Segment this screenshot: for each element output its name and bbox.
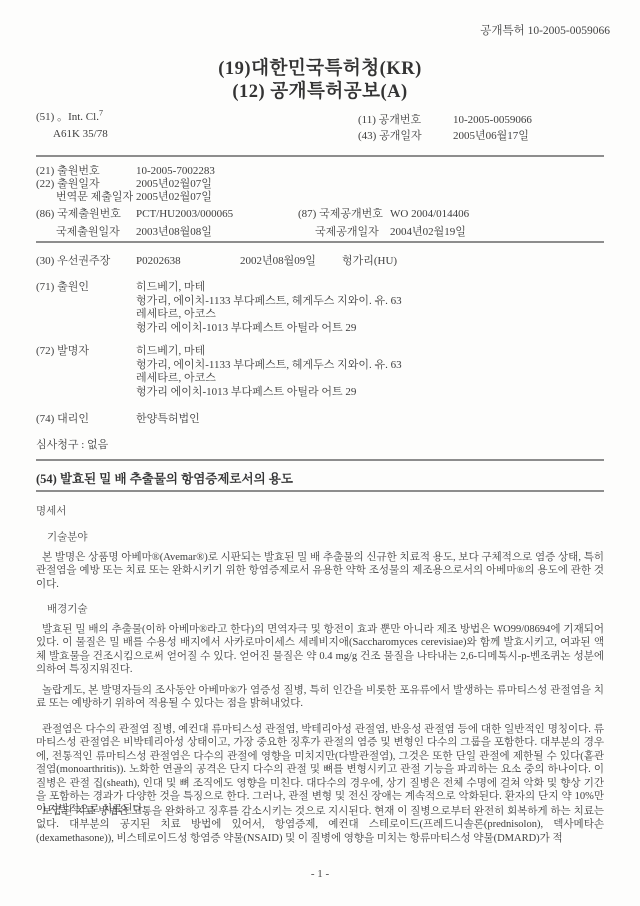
- patent-publication-page: 공개특허 10-2005-0059066 (19)대한민국특허청(KR) (12…: [0, 0, 640, 906]
- inventor-block: (72) 발명자 히드베기, 마테 헝가리, 에이치-1133 부다페스트, 헤…: [0, 345, 640, 401]
- field-11-label: (11) 공개번호: [358, 114, 421, 127]
- inventor-line: 히드베기, 마테: [136, 345, 402, 359]
- field-intl-app-date-label: 국제출원일자: [56, 226, 120, 239]
- priority-block: (30) 우선권주장 P0202638 2002년08월09일 헝가리(HU): [0, 255, 640, 269]
- field-22-value: 2005년02월07일: [136, 178, 212, 191]
- field-43-value: 2005년06월17일: [453, 130, 529, 143]
- field-71-label: (71) 출원인: [36, 281, 89, 294]
- inventor-address: 히드베기, 마테 헝가리, 에이치-1133 부다페스트, 헤게두스 지와이. …: [136, 345, 402, 399]
- field-intl-pub-date-label: 국제공개일자: [315, 226, 379, 239]
- doc-title: (19)대한민국특허청(KR) (12) 공개특허공보(A): [0, 58, 640, 104]
- paragraph-3: 놀랍게도, 본 발명자들의 조사동안 아베마®가 염증성 질병, 특히 인간을 …: [36, 684, 604, 711]
- field-72-label: (72) 발명자: [36, 345, 89, 358]
- field-87-value: WO 2004/014406: [390, 208, 469, 221]
- paragraph-1: 본 발명은 상품명 아베마®(Avemar®)로 시판되는 발효된 밀 배 추출…: [36, 551, 604, 591]
- field-74-label: (74) 대리인: [36, 413, 89, 426]
- paragraph-2: 발효된 밀 배의 추출물(이하 아베마®라고 한다)의 면역자극 및 항전이 효…: [36, 623, 604, 677]
- classification-block: (51) 。Int. Cl.7 A61K 35/78 (11) 공개번호 10-…: [0, 111, 640, 155]
- application-block: (21) 출원번호 10-2005-7002283 (22) 출원일자 2005…: [0, 165, 640, 241]
- divider-rule-4: [36, 490, 604, 492]
- paragraph-5: 보급된 치료 방법은 고통을 완화하고 징후를 감소시키는 것으로 지시된다. …: [36, 805, 604, 845]
- field-86-value: PCT/HU2003/000065: [136, 208, 233, 221]
- field-22-label: (22) 출원일자: [36, 178, 100, 191]
- field-11-value: 10-2005-0059066: [453, 114, 532, 127]
- field-43-label: (43) 공개일자: [358, 130, 422, 143]
- doc-title-line2: (12) 공개특허공보(A): [0, 81, 640, 104]
- field-51-label: (51) 。Int. Cl.7: [36, 111, 103, 124]
- spec-heading: 명세서: [36, 503, 66, 518]
- field-21-label: (21) 출원번호: [36, 165, 100, 178]
- inventor-line: 헝가리 에이치-1013 부다페스트 아틸라 어트 29: [136, 386, 402, 400]
- exam-request-note: 심사청구 : 없음: [36, 439, 108, 452]
- page-number: - 1 -: [0, 868, 640, 880]
- section-heading-background-art: 배경기술: [47, 601, 88, 616]
- field-translation-date-label: 번역문 제출일자: [56, 191, 133, 204]
- applicant-address: 히드베기, 마테 헝가리, 에이치-1133 부다페스트, 헤게두스 지와이. …: [136, 281, 402, 335]
- field-30-country: 헝가리(HU): [342, 255, 397, 268]
- field-intl-pub-date-value: 2004년02월19일: [390, 226, 466, 239]
- field-87-label: (87) 국제공개번호: [298, 208, 383, 221]
- inventor-line: 헝가리, 에이치-1133 부다페스트, 헤게두스 지와이. 유. 63: [136, 359, 402, 373]
- applicant-block: (71) 출원인 히드베기, 마테 헝가리, 에이치-1133 부다페스트, 헤…: [0, 281, 640, 337]
- field-30-label: (30) 우선권주장: [36, 255, 110, 268]
- invention-title: (54) 발효된 밀 배 추출물의 항염증제로서의 용도: [36, 469, 604, 487]
- doc-number-header: 공개특허 10-2005-0059066: [480, 22, 610, 38]
- applicant-line: 헝가리 에이치-1013 부다페스트 아틸라 어트 29: [136, 322, 402, 336]
- divider-rule-1: [36, 155, 604, 157]
- applicant-line: 레세타르, 아코스: [136, 308, 402, 322]
- applicant-line: 히드베기, 마테: [136, 281, 402, 295]
- divider-rule-2: [36, 241, 604, 243]
- int-cl-edition-superscript: 7: [99, 108, 103, 117]
- agent-block: (74) 대리인 한양특허법인: [0, 413, 640, 427]
- field-86-label: (86) 국제출원번호: [36, 208, 121, 221]
- field-translation-date-value: 2005년02월07일: [136, 191, 212, 204]
- field-intl-app-date-value: 2003년08월08일: [136, 226, 212, 239]
- field-30-number: P0202638: [136, 255, 181, 268]
- paragraph-4: 관절염은 다수의 관절염 질병, 예컨대 류마티스성 관절염, 박테리아성 관절…: [36, 723, 604, 817]
- inventor-line: 레세타르, 아코스: [136, 372, 402, 386]
- field-30-date: 2002년08월09일: [240, 255, 316, 268]
- field-21-value: 10-2005-7002283: [136, 165, 215, 178]
- field-51-value: A61K 35/78: [53, 128, 108, 141]
- divider-rule-3: [36, 459, 604, 461]
- field-74-value: 한양특허법인: [136, 413, 200, 426]
- doc-title-line1: (19)대한민국특허청(KR): [0, 58, 640, 81]
- section-heading-technical-field: 기술분야: [47, 529, 88, 544]
- applicant-line: 헝가리, 에이치-1133 부다페스트, 헤게두스 지와이. 유. 63: [136, 295, 402, 309]
